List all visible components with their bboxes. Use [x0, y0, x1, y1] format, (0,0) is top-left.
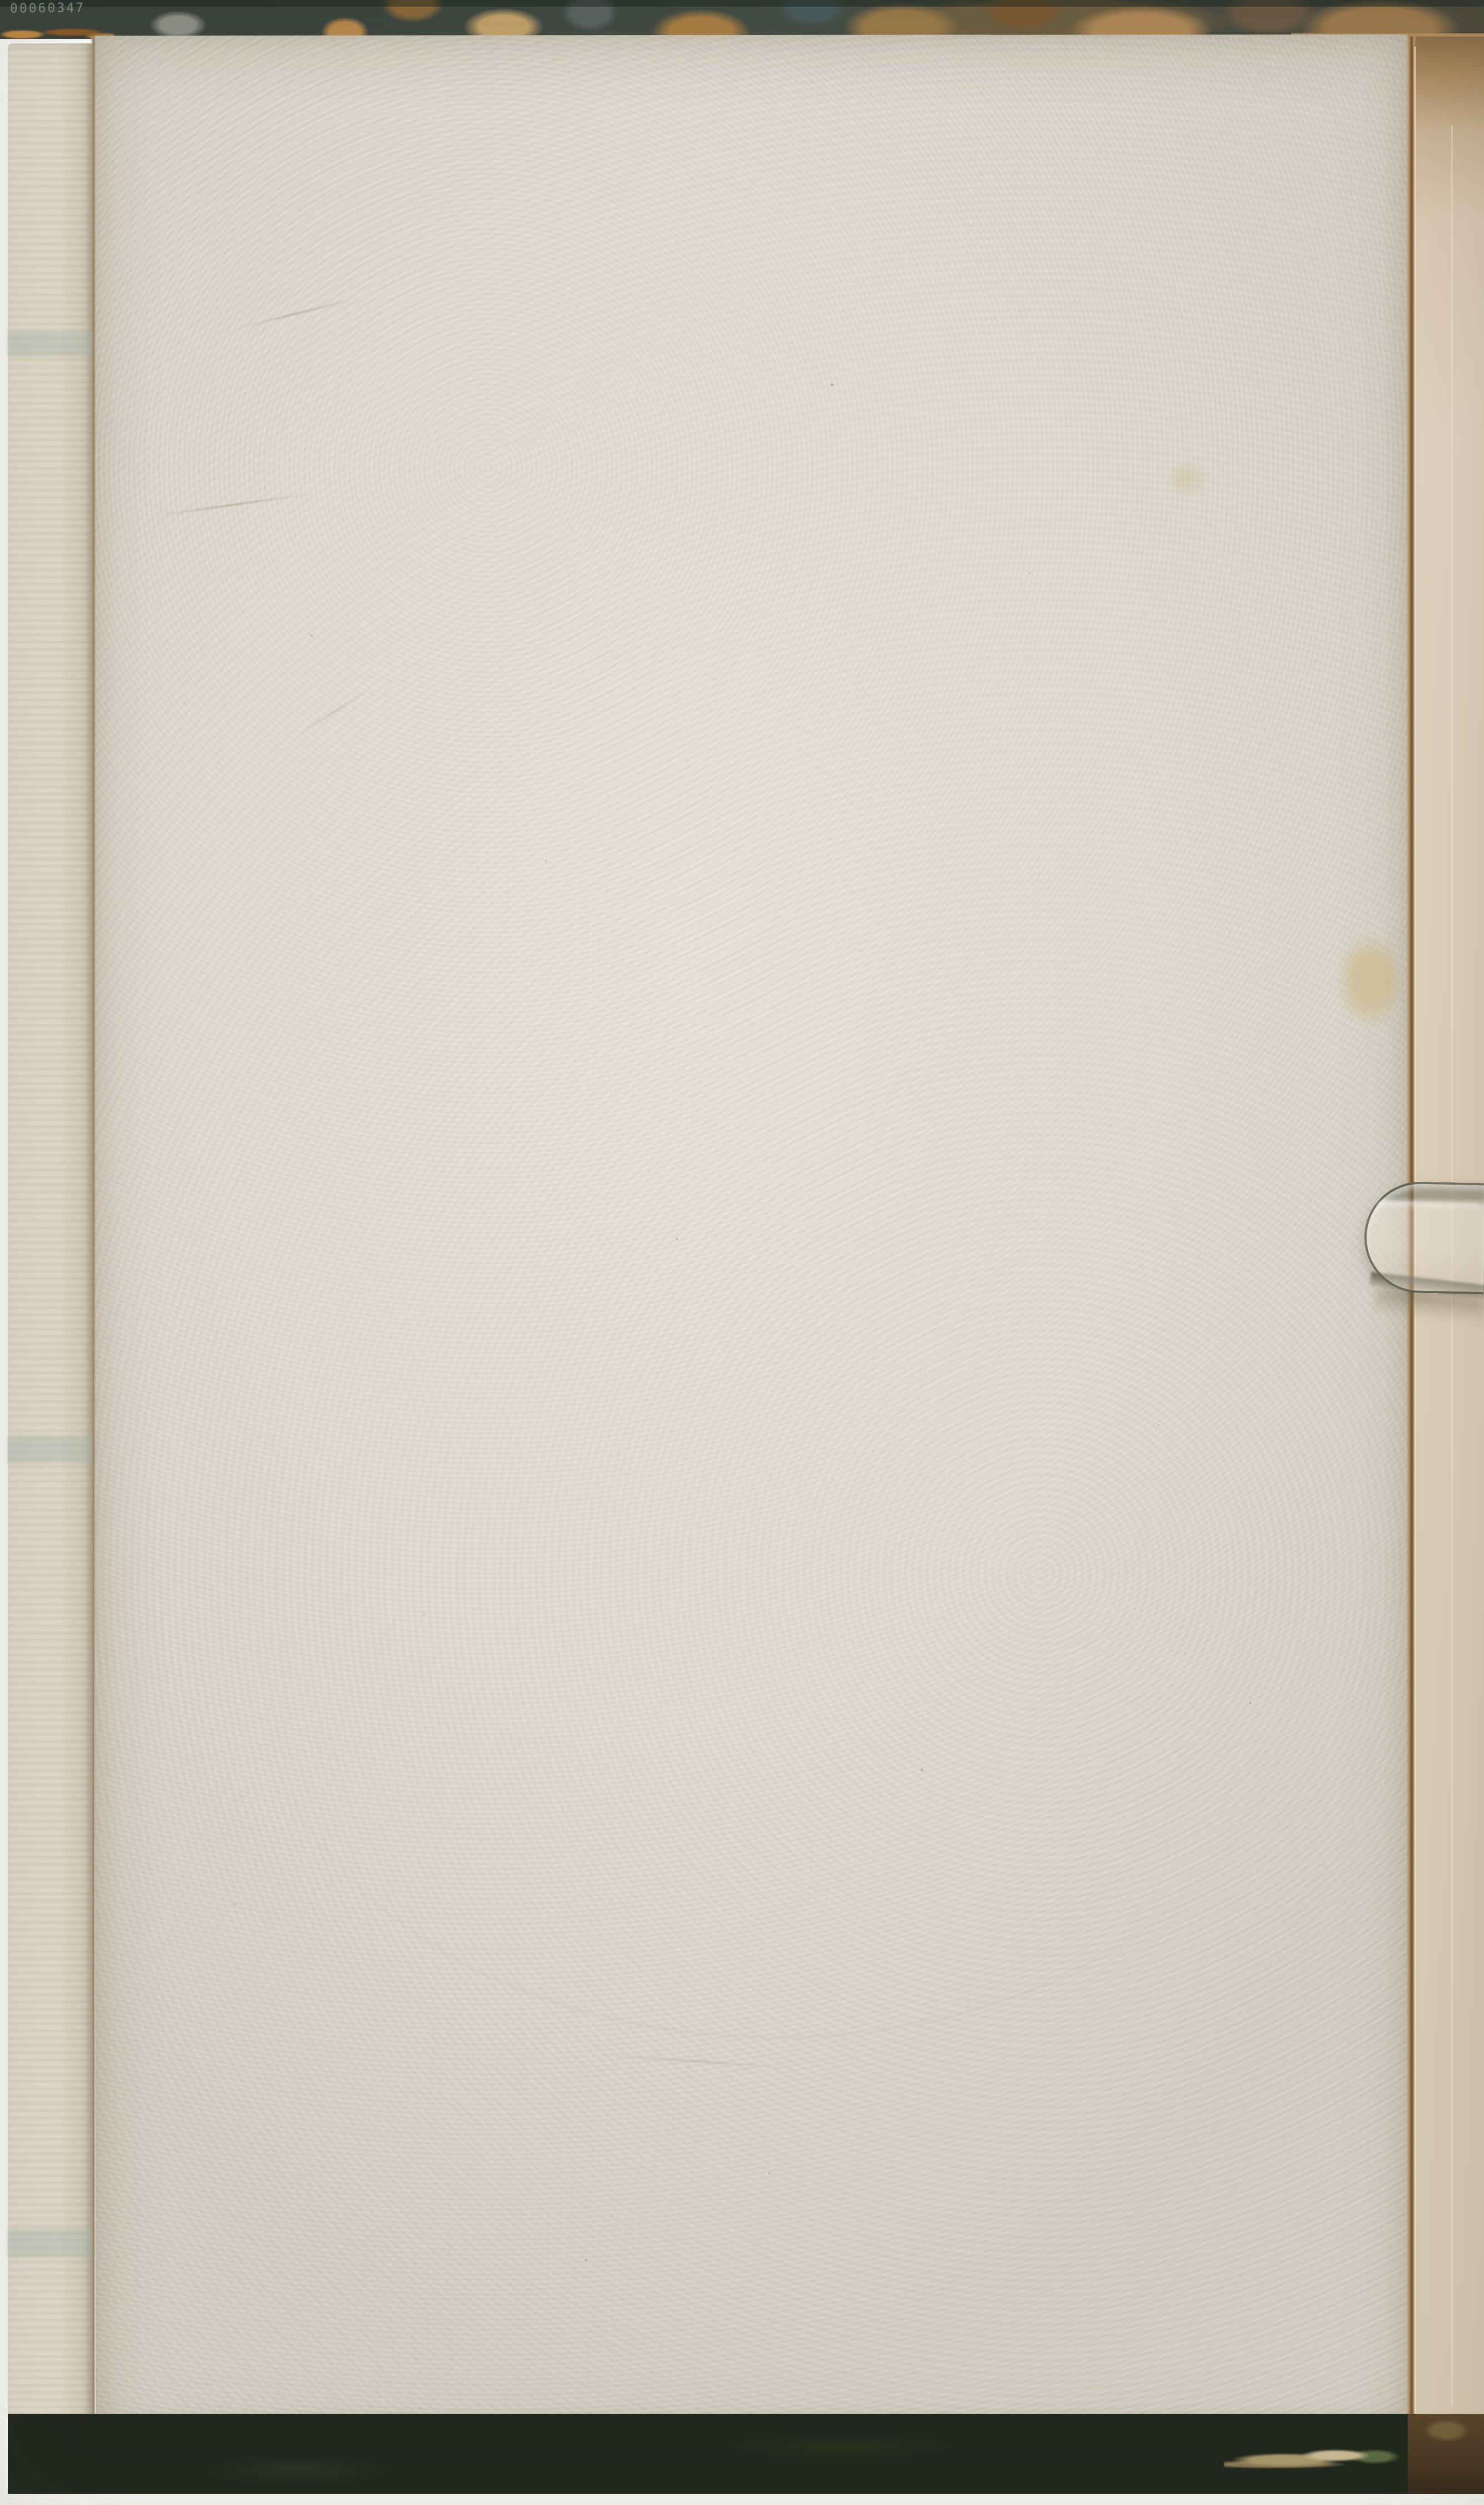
- stain-spot: [1167, 462, 1207, 495]
- stain-blotch: [1338, 934, 1405, 1026]
- paper-texture: [93, 34, 1410, 2440]
- blank-page: [93, 34, 1410, 2440]
- cover-top-shadow: [0, 0, 1484, 7]
- stack-tinted-page-edge: [8, 2229, 93, 2257]
- page-stack-left-edge: [8, 43, 93, 2430]
- transparent-clasp: [1363, 1181, 1484, 1294]
- cover-corner-brown: [1408, 2414, 1484, 2494]
- cover-bottom-marbled-edge: [8, 2414, 1484, 2494]
- stack-tinted-page-edge: [8, 1436, 93, 1463]
- gutter-fold-crease: [91, 37, 96, 2427]
- page-crease-arc: [262, 1314, 1291, 2039]
- stack-tinted-page-edge: [8, 332, 93, 356]
- cover-top-marbled-edge: 00060347: [0, 0, 1484, 39]
- marble-fragment: [1224, 2440, 1411, 2472]
- library-id-stamp: 00060347: [10, 1, 85, 16]
- book-scan: 00060347: [0, 0, 1484, 2505]
